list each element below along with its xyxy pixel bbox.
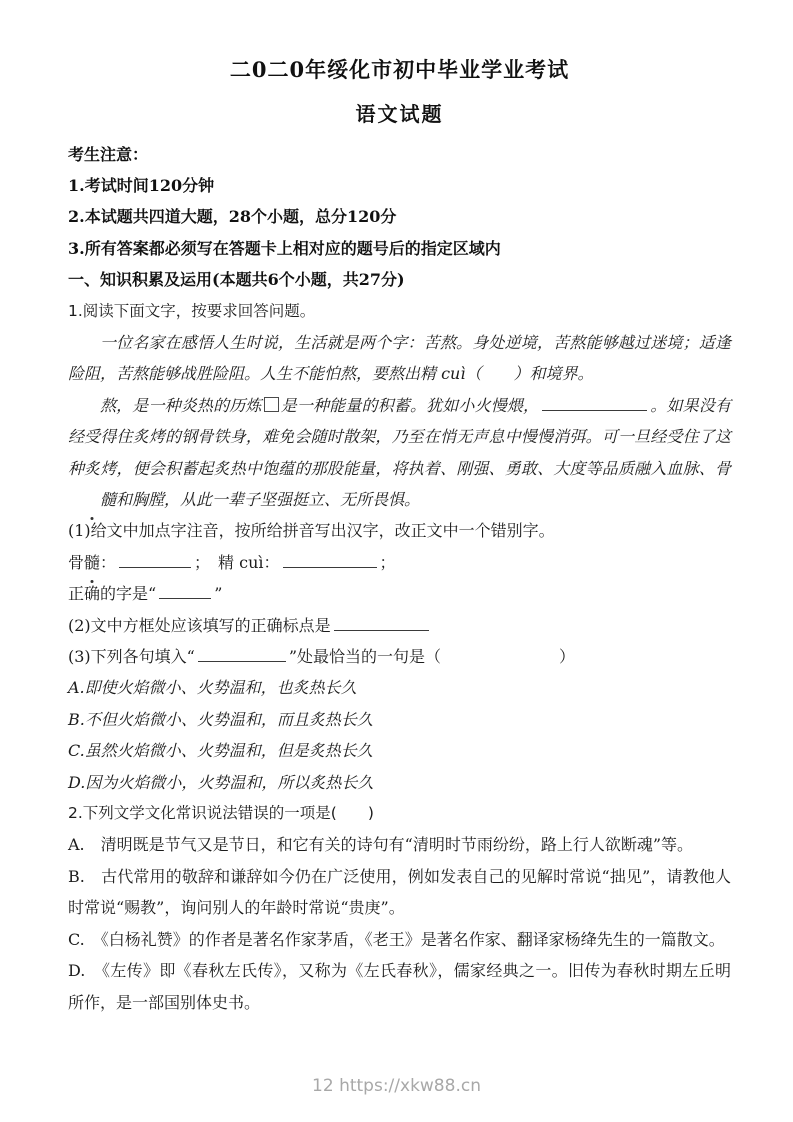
correct-character-label: 正确的字是“ xyxy=(68,584,156,603)
q2-option-a: A. 清明既是节气又是节日，和它有关的诗句有“清明时节雨纷纷，路上行人欲断魂”等… xyxy=(68,829,731,860)
q2-option-d: D. 《左传》即《春秋左氏传》，又称为《左氏春秋》，儒家经典之一。旧传为春秋时期… xyxy=(68,955,731,1018)
passage-paragraph-2: 熬，是一种炎热的历炼是一种能量的积蓄。犹如小火慢煨，。如果没有经受得住炙烤的钢骨… xyxy=(68,390,731,516)
question-1: 1.阅读下面文字，按要求回答问题。 一位名家在感悟人生时说，生活就是两个字：苦熬… xyxy=(68,296,731,799)
answer-blank xyxy=(198,646,286,662)
punctuation-box-placeholder xyxy=(264,397,279,412)
pinyin-answer-line: 骨髓：； 精 cuì：； xyxy=(68,547,731,578)
pinyin-label: ； xyxy=(380,553,396,572)
fill-in-blank xyxy=(542,395,647,411)
answer-blank xyxy=(119,552,191,568)
question-2-stem: 2.下列文学文化常识说法错误的一项是( ) xyxy=(68,798,731,829)
page-title: 二0二0年绥化市初中毕业学业考试 xyxy=(68,54,731,87)
question-1-sub-3: (3)下列各句填入“”处最恰当的一句是（） xyxy=(68,641,731,672)
passage-text: 是一种能量的积蓄。犹如小火慢煨， xyxy=(281,396,540,415)
q1-option-b: B.不但火焰微小、火势温和，而且炙热长久 xyxy=(68,704,731,735)
passage-text: 熬，是一种炎热的历炼 xyxy=(100,396,262,415)
pinyin-label: 骨 xyxy=(68,553,84,572)
sub-question-text: ） xyxy=(559,647,575,666)
pinyin-label: ； 精 cuì： xyxy=(194,553,279,572)
correct-character-label: ” xyxy=(214,584,222,603)
page-subtitle: 语文试题 xyxy=(68,99,731,129)
q2-option-b: B. 古代常用的敬辞和谦辞如今仍在广泛使用，例如发表自己的见解时常说“拙见”，请… xyxy=(68,861,731,924)
answer-blank xyxy=(159,583,211,599)
pinyin-label: ： xyxy=(100,553,116,572)
q2-option-c: C. 《白杨礼赞》的作者是著名作家茅盾，《老王》是著名作家、翻译家杨绛先生的一篇… xyxy=(68,924,731,955)
notice-heading: 考生注意： xyxy=(68,139,731,170)
answer-blank xyxy=(334,615,429,631)
candidate-notice: 考生注意： 1.考试时间120分钟 2.本试题共四道大题，28个小题，总分120… xyxy=(68,139,731,265)
q1-option-d: D.因为火焰微小，火势温和，所以炙热长久 xyxy=(68,767,731,798)
dotted-character: 髓 xyxy=(84,547,100,578)
answer-blank xyxy=(283,552,377,568)
exam-paper-page: 二0二0年绥化市初中毕业学业考试 语文试题 考生注意： 1.考试时间120分钟 … xyxy=(0,0,793,1122)
notice-item-1: 1.考试时间120分钟 xyxy=(68,170,731,201)
correct-character-line: 正确的字是“” xyxy=(68,578,731,609)
notice-item-3: 3.所有答案都必须写在答题卡上相对应的题号后的指定区域内 xyxy=(68,233,731,264)
question-1-sub-1: (1)给文中加点字注音，按所给拼音写出汉字，改正文中一个错别字。 xyxy=(68,515,731,546)
q1-option-a: A.即使火焰微小、火势温和，也炙热长久 xyxy=(68,672,731,703)
passage-paragraph-1: 一位名家在感悟人生时说，生活就是两个字：苦熬。身处逆境，苦熬能够越过迷境；适逢险… xyxy=(68,327,731,390)
sub-question-text: (3)下列各句填入“ xyxy=(68,647,195,666)
passage-text: 一位名家在感悟人生时说，生活就是两个字：苦熬。身处逆境，苦熬能够越过迷境；适逢险… xyxy=(68,333,731,383)
dotted-character: 髓 xyxy=(68,484,116,515)
question-1-stem: 1.阅读下面文字，按要求回答问题。 xyxy=(68,296,731,327)
sub-question-text: ”处最恰当的一句是（ xyxy=(289,647,441,666)
section-heading: 一、知识积累及运用(本题共6个小题，共27分) xyxy=(68,264,731,295)
question-2: 2.下列文学文化常识说法错误的一项是( ) A. 清明既是节气又是节日，和它有关… xyxy=(68,798,731,1018)
page-footer: 12 https://xkw88.cn xyxy=(0,1076,793,1096)
passage-text: 和胸膛，从此一辈子坚强挺立、无所畏惧。 xyxy=(116,490,420,509)
notice-item-2: 2.本试题共四道大题，28个小题，总分120分 xyxy=(68,201,731,232)
sub-question-text: (2)文中方框处应该填写的正确标点是 xyxy=(68,616,331,635)
question-1-sub-2: (2)文中方框处应该填写的正确标点是 xyxy=(68,610,731,641)
q1-option-c: C.虽然火焰微小、火势温和，但是炙热长久 xyxy=(68,735,731,766)
